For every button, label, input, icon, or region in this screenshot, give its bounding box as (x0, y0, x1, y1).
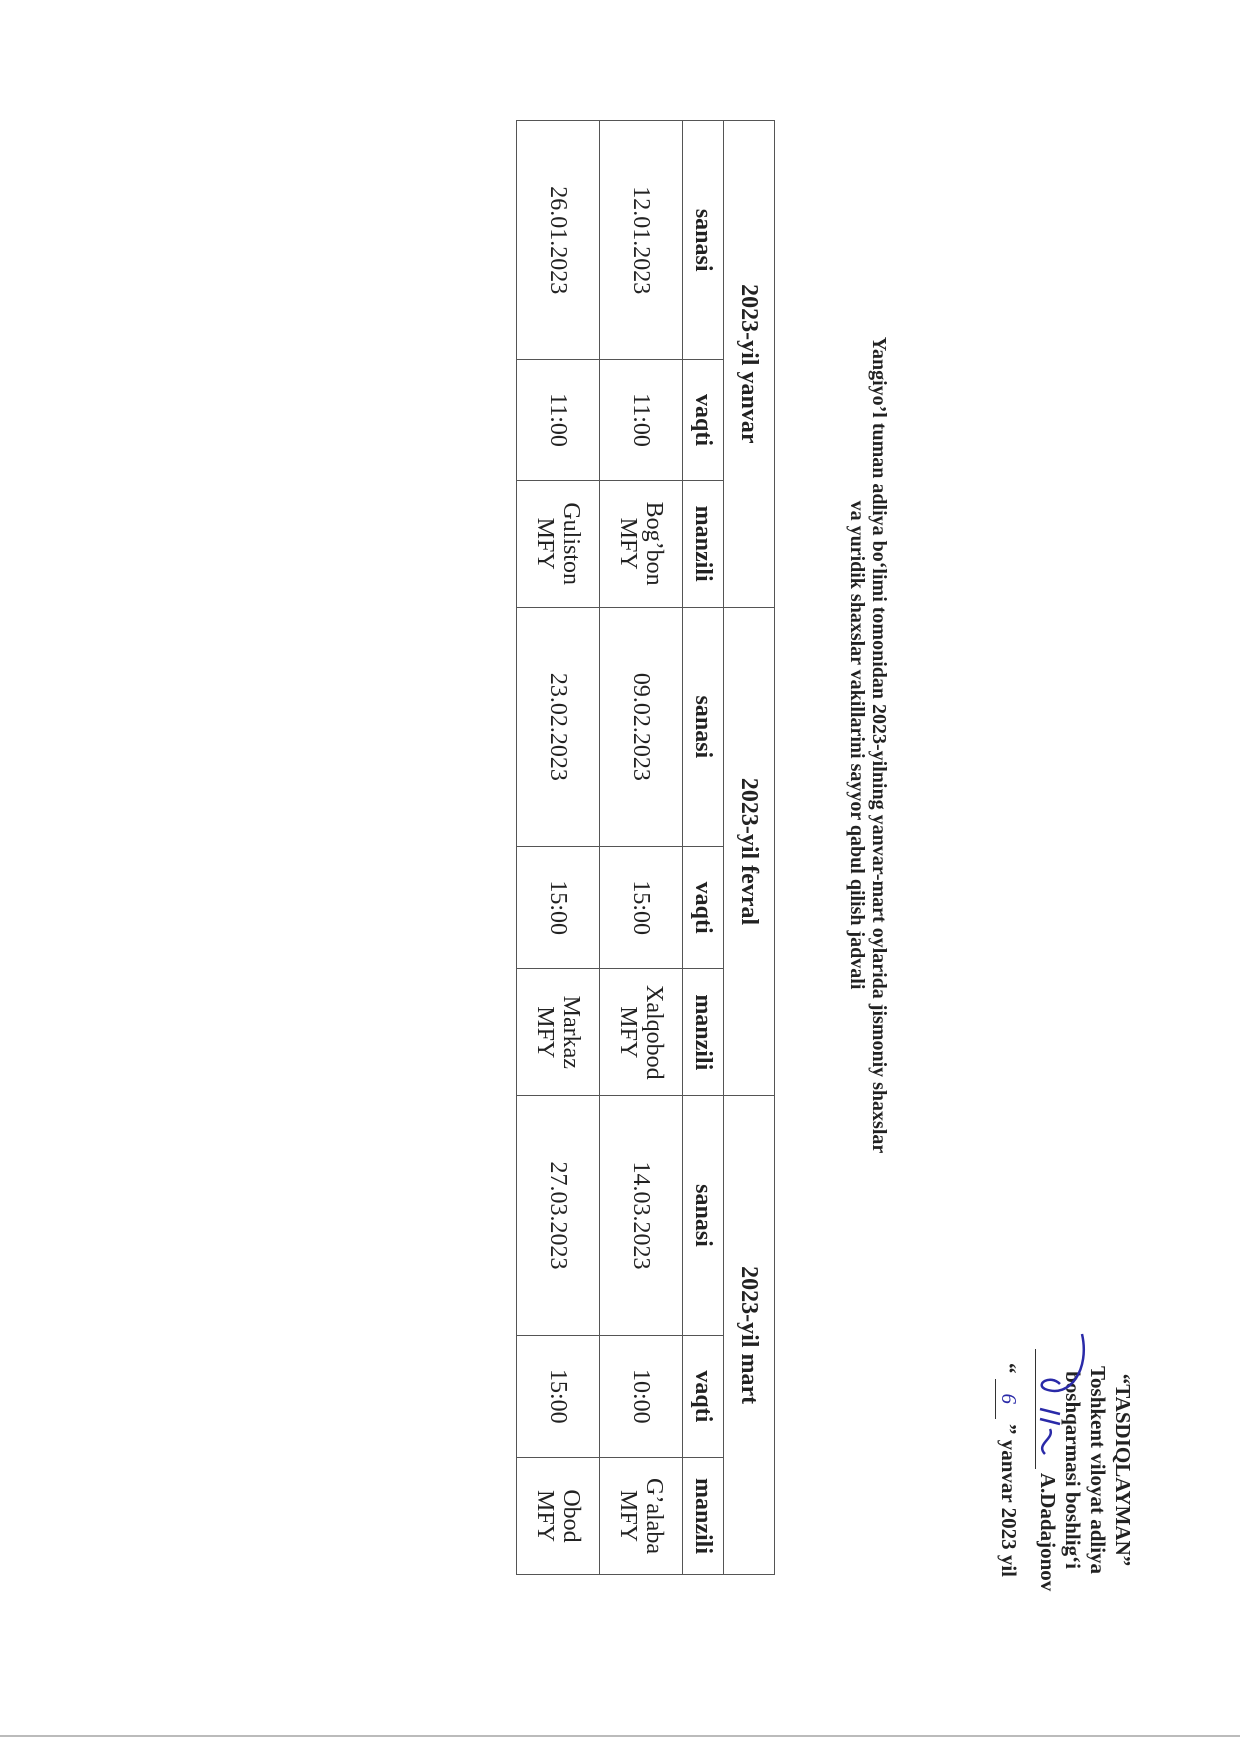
col-date: sanasi (683, 121, 724, 360)
signature-icon (1030, 1329, 1090, 1499)
signature-row: A.Dadajonov (1035, 1250, 1060, 1690)
approval-heading: “TASDIQLAYMAN” (1110, 1250, 1135, 1690)
table-row: 12.01.2023 11:00 Bog’bon MFY 09.02.2023 … (600, 121, 683, 1575)
document-title: Yangiyo’l tuman adliya bo‘limi tomonidan… (846, 245, 890, 1245)
approval-block: “TASDIQLAYMAN” Toshkent viloyat adliya b… (995, 1250, 1135, 1690)
col-time: vaqti (683, 1335, 724, 1457)
scan-edge-line (0, 1735, 1240, 1737)
cell-address: Obod MFY (517, 1458, 600, 1575)
column-header-row: sanasi vaqti manzili sanasi vaqti manzil… (683, 121, 724, 1575)
col-date: sanasi (683, 1096, 724, 1335)
cell-time: 15:00 (517, 1335, 600, 1457)
table-row: 26.01.2023 11:00 Guliston MFY 23.02.2023… (517, 121, 600, 1575)
title-line2: va yuridik shaxslar vakillarini sayyor q… (846, 245, 868, 1245)
cell-time: 15:00 (517, 847, 600, 969)
month-february: 2023-yil fevral (724, 607, 775, 1096)
cell-address: G’alaba MFY (600, 1458, 683, 1575)
cell-date: 09.02.2023 (600, 607, 683, 846)
approval-date: “ 6 ” yanvar 2023 yil (995, 1250, 1021, 1690)
title-line1: Yangiyo’l tuman adliya bo‘limi tomonidan… (868, 245, 890, 1245)
col-address: manzili (683, 480, 724, 607)
cell-date: 12.01.2023 (600, 121, 683, 360)
cell-date: 27.03.2023 (517, 1096, 600, 1335)
month-january: 2023-yil yanvar (724, 121, 775, 608)
month-header-row: 2023-yil yanvar 2023-yil fevral 2023-yil… (724, 121, 775, 1575)
cell-time: 10:00 (600, 1335, 683, 1457)
cell-address: Bog’bon MFY (600, 480, 683, 607)
col-address: manzili (683, 969, 724, 1096)
col-time: vaqti (683, 847, 724, 969)
cell-address: Guliston MFY (517, 480, 600, 607)
col-date: sanasi (683, 607, 724, 846)
cell-date: 14.03.2023 (600, 1096, 683, 1335)
cell-address: Markaz MFY (517, 969, 600, 1096)
approval-day: 6 (995, 1379, 1021, 1419)
cell-time: 11:00 (517, 360, 600, 480)
schedule-table: 2023-yil yanvar 2023-yil fevral 2023-yil… (516, 120, 775, 1575)
cell-time: 15:00 (600, 847, 683, 969)
month-march: 2023-yil mart (724, 1096, 775, 1575)
signature-line (1035, 1349, 1054, 1469)
cell-address: Xalqobod MFY (600, 969, 683, 1096)
cell-date: 23.02.2023 (517, 607, 600, 846)
col-time: vaqti (683, 360, 724, 480)
rotated-document-page: “TASDIQLAYMAN” Toshkent viloyat adliya b… (0, 0, 1240, 1755)
cell-time: 11:00 (600, 360, 683, 480)
cell-date: 26.01.2023 (517, 121, 600, 360)
col-address: manzili (683, 1458, 724, 1575)
